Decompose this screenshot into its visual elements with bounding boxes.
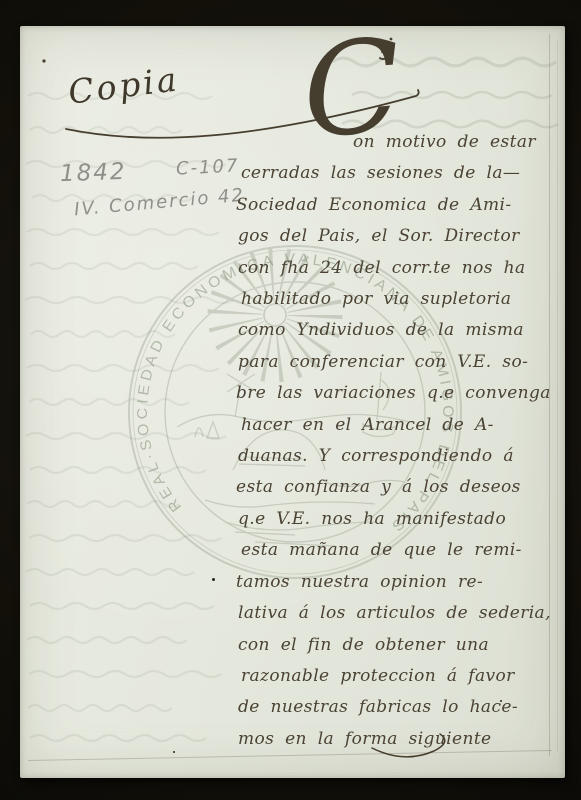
manuscript-line: gos del Pais, el Sor. Director	[238, 221, 562, 252]
manuscript-line: con el fin de obtener una	[238, 630, 562, 661]
manuscript-line: Sociedad Economica de Ami-	[236, 190, 562, 221]
ink-speck	[212, 578, 215, 581]
manuscript-line: lativa á los articulos de sederia,	[238, 598, 562, 629]
manuscript-line: duanas. Y correspondiendo á	[238, 441, 562, 472]
manuscript-line: q.e V.E. nos ha manifestado	[238, 504, 562, 535]
pencil-annotation-year: 1842	[60, 159, 127, 187]
manuscript-line: on motivo de estar	[238, 127, 562, 158]
manuscript-line: como Yndividuos de la misma	[238, 315, 562, 346]
manuscript-line: con fha 24 del corr.te nos ha	[238, 253, 562, 284]
manuscript-line: razonable proteccion á favor	[241, 661, 562, 692]
pencil-annotation-ref: C-107	[175, 155, 239, 179]
manuscript-line: cerradas las sesiones de la—	[241, 158, 562, 189]
manuscript-line: hacer en el Arancel de A-	[241, 410, 562, 441]
manuscript-line: esta confianza y á los deseos	[236, 472, 562, 503]
ink-speck	[173, 751, 175, 753]
manuscript-line: de nuestras fabricas lo hace-	[238, 692, 562, 723]
manuscript-line: esta mañana de que le remi-	[241, 535, 562, 566]
ink-speck	[500, 700, 502, 702]
manuscript-line: mos en la forma siguiente	[238, 724, 562, 755]
manuscript-line: tamos nuestra opinion re-	[236, 567, 562, 598]
manuscript-line: habilitado por via supletoria	[241, 284, 562, 315]
manuscript-line: bre las variaciones q.e convenga	[236, 378, 562, 409]
manuscript-text-block: on motivo de estar cerradas las sesiones…	[238, 127, 562, 755]
manuscript-line: para conferenciar con V.E. so-	[238, 347, 562, 378]
archival-scan: REAL·SOCIEDAD ECONOMICA VALENCIANA DE AM…	[0, 0, 581, 800]
